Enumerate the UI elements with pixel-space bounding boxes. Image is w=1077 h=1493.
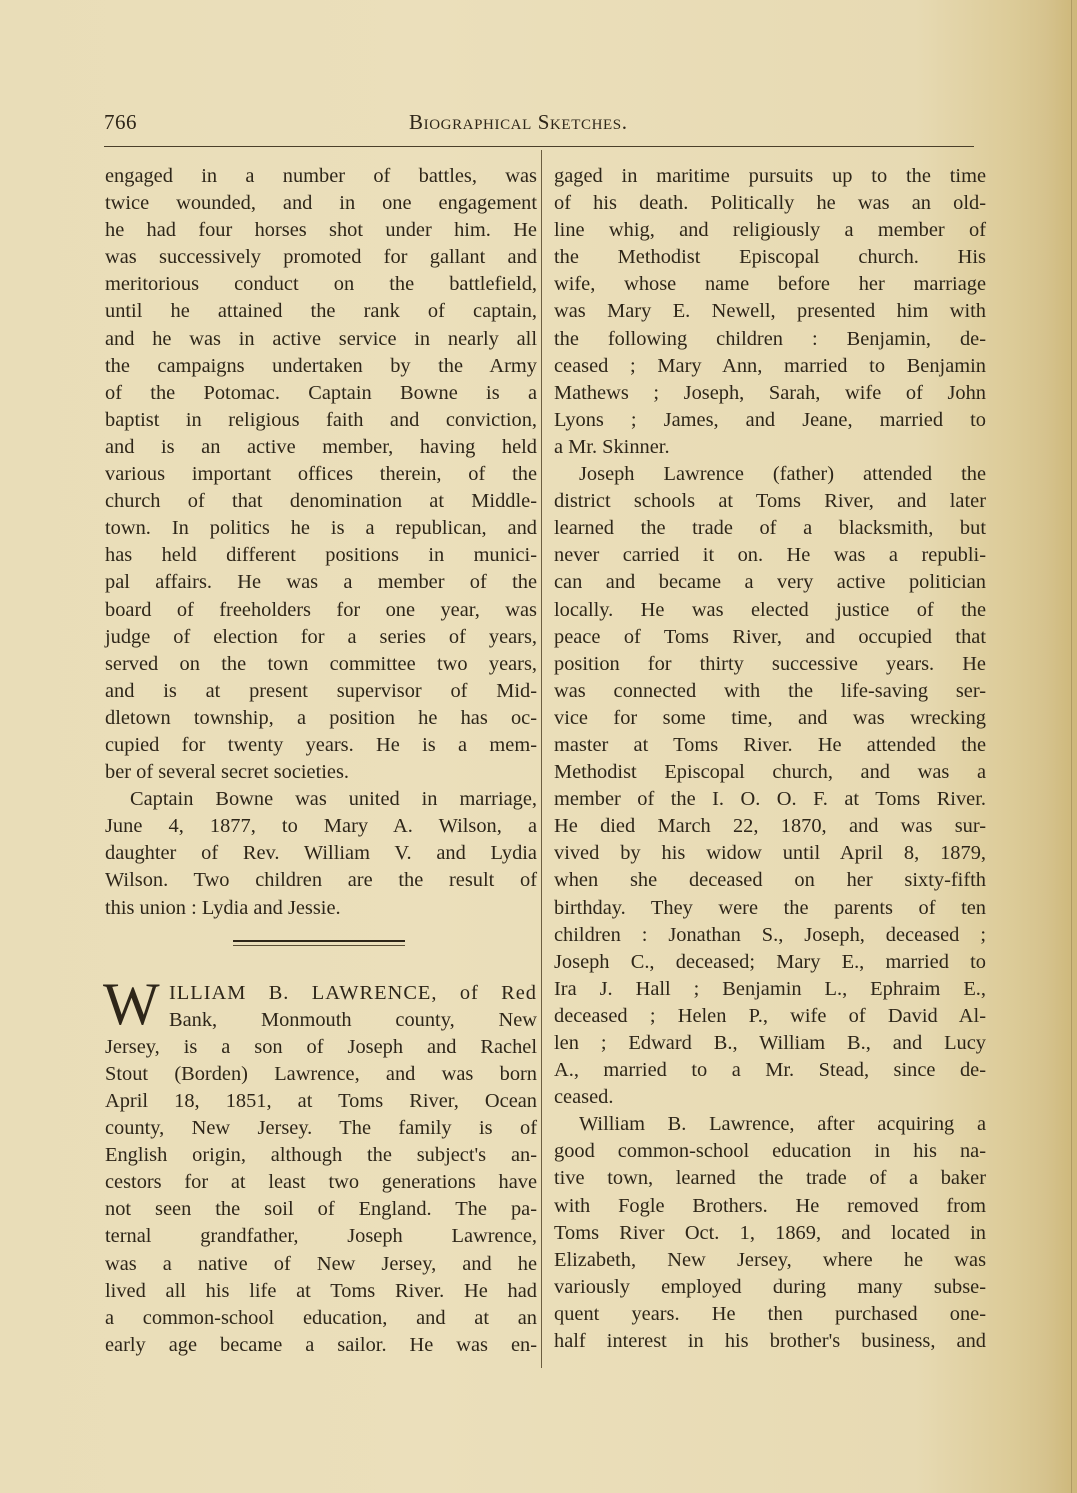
- text-line: cupied for twenty years. He is a mem-: [105, 732, 537, 759]
- entry-william-b-lawrence: W ILLIAM B. LAWRENCE, of Red Bank, Monmo…: [105, 980, 537, 1359]
- text-line: of the Potomac. Captain Bowne is a: [105, 380, 537, 407]
- text-line: when she deceased on her sixty-fifth: [554, 867, 986, 894]
- text-line: was successively promoted for gallant an…: [105, 244, 537, 271]
- text-line: Mathews ; Joseph, Sarah, wife of John: [554, 380, 986, 407]
- text-line: of his death. Politically he was an old-: [554, 190, 986, 217]
- text-line: He died March 22, 1870, and was sur-: [554, 813, 986, 840]
- left-column: engaged in a number of battles, was twic…: [105, 163, 537, 1359]
- text-line: locally. He was elected justice of the: [554, 597, 986, 624]
- text-line: Captain Bowne was united in marriage,: [105, 786, 537, 813]
- text-line: board of freeholders for one year, was: [105, 597, 537, 624]
- text-line: with Fogle Brothers. He removed from: [554, 1193, 986, 1220]
- text-line: district schools at Toms River, and late…: [554, 488, 986, 515]
- text-line: Bank, Monmouth county, New: [105, 1007, 537, 1034]
- text-line: the following children : Benjamin, de-: [554, 326, 986, 353]
- text-line: lived all his life at Toms River. He had: [105, 1278, 537, 1305]
- paragraph-william-career: William B. Lawrence, after acquiring a g…: [554, 1111, 986, 1355]
- text-line: can and became a very active politician: [554, 569, 986, 596]
- text-line: cestors for at least two generations hav…: [105, 1169, 537, 1196]
- text-line: engaged in a number of battles, was: [105, 163, 537, 190]
- text-line: position for thirty successive years. He: [554, 651, 986, 678]
- text-line: ber of several secret societies.: [105, 759, 537, 786]
- running-head: Biographical Sketches.: [409, 110, 628, 135]
- text-line: he had four horses shot under him. He: [105, 217, 537, 244]
- text-line: ceased.: [554, 1084, 986, 1111]
- text-line: children : Jonathan S., Joseph, deceased…: [554, 922, 986, 949]
- text-line: English origin, although the subject's a…: [105, 1142, 537, 1169]
- text-line: len ; Edward B., William B., and Lucy: [554, 1030, 986, 1057]
- text-line: until he attained the rank of captain,: [105, 298, 537, 325]
- text-line: various important offices therein, of th…: [105, 461, 537, 488]
- text-line: Joseph Lawrence (father) attended the: [554, 461, 986, 488]
- page-edge: [1071, 0, 1072, 1493]
- text-line: line whig, and religiously a member of: [554, 217, 986, 244]
- paragraph-bowne-career: engaged in a number of battles, was twic…: [105, 163, 537, 786]
- text-line: variously employed during many subse-: [554, 1274, 986, 1301]
- text-line: quent years. He then purchased one-: [554, 1301, 986, 1328]
- text-line: ternal grandfather, Joseph Lawrence,: [105, 1223, 537, 1250]
- book-page: 766 Biographical Sketches. engaged in a …: [0, 0, 1077, 1493]
- text-line: master at Toms River. He attended the: [554, 732, 986, 759]
- text-line: a Mr. Skinner.: [554, 434, 986, 461]
- page-number: 766: [104, 110, 137, 135]
- text-line: baptist in religious faith and convictio…: [105, 407, 537, 434]
- text-line: was Mary E. Newell, presented him with: [554, 298, 986, 325]
- text-line: peace of Toms River, and occupied that: [554, 624, 986, 651]
- section-divider: [105, 922, 537, 980]
- text-line: the Methodist Episcopal church. His: [554, 244, 986, 271]
- text-line: Jersey, is a son of Joseph and Rachel: [105, 1034, 537, 1061]
- text-line: a common-school education, and at an: [105, 1305, 537, 1332]
- text-line: early age became a sailor. He was en-: [105, 1332, 537, 1359]
- header-rule: [104, 146, 974, 147]
- divider-rule: [233, 945, 405, 946]
- text-line: and is an active member, having held: [105, 434, 537, 461]
- entry-heading-line: ILLIAM B. LAWRENCE, of Red: [105, 980, 537, 1007]
- paragraph-father: Joseph Lawrence (father) attended the di…: [554, 461, 986, 1111]
- text-line: wife, whose name before her marriage: [554, 271, 986, 298]
- text-line: gaged in maritime pursuits up to the tim…: [554, 163, 986, 190]
- text-line: dletown township, a position he has oc-: [105, 705, 537, 732]
- text-line: Elizabeth, New Jersey, where he was: [554, 1247, 986, 1274]
- text-line: was a native of New Jersey, and he: [105, 1251, 537, 1278]
- text-line: pal affairs. He was a member of the: [105, 569, 537, 596]
- text-line: birthday. They were the parents of ten: [554, 895, 986, 922]
- text-line: and he was in active service in nearly a…: [105, 326, 537, 353]
- text-line: vice for some time, and was wrecking: [554, 705, 986, 732]
- text-line: daughter of Rev. William V. and Lydia: [105, 840, 537, 867]
- text-line: June 4, 1877, to Mary A. Wilson, a: [105, 813, 537, 840]
- text-line: William B. Lawrence, after acquiring a: [554, 1111, 986, 1138]
- text-line: A., married to a Mr. Stead, since de-: [554, 1057, 986, 1084]
- text-line: Wilson. Two children are the result of: [105, 867, 537, 894]
- text-line: learned the trade of a blacksmith, but: [554, 515, 986, 542]
- text-line: Methodist Episcopal church, and was a: [554, 759, 986, 786]
- text-line: meritorious conduct on the battlefield,: [105, 271, 537, 298]
- column-divider: [541, 150, 542, 1368]
- text-line: tive town, learned the trade of a baker: [554, 1165, 986, 1192]
- text-line: Lyons ; James, and Jeane, married to: [554, 407, 986, 434]
- text-line: member of the I. O. O. F. at Toms River.: [554, 786, 986, 813]
- text-line: was connected with the life-saving ser-: [554, 678, 986, 705]
- text-line: good common-school education in his na-: [554, 1138, 986, 1165]
- text-line: church of that denomination at Middle-: [105, 488, 537, 515]
- text-line: Joseph C., deceased; Mary E., married to: [554, 949, 986, 976]
- text-line: town. In politics he is a republican, an…: [105, 515, 537, 542]
- text-line: vived by his widow until April 8, 1879,: [554, 840, 986, 867]
- text-line: ceased ; Mary Ann, married to Benjamin: [554, 353, 986, 380]
- text-line: county, New Jersey. The family is of: [105, 1115, 537, 1142]
- page-header: 766 Biographical Sketches.: [104, 110, 984, 140]
- paragraph-bowne-marriage: Captain Bowne was united in marriage, Ju…: [105, 786, 537, 921]
- text-line: twice wounded, and in one engagement: [105, 190, 537, 217]
- text-line: deceased ; Helen P., wife of David Al-: [554, 1003, 986, 1030]
- text-line: not seen the soil of England. The pa-: [105, 1196, 537, 1223]
- text-line: has held different positions in munici-: [105, 542, 537, 569]
- drop-cap: W: [103, 976, 160, 1032]
- text-line: never carried it on. He was a republi-: [554, 542, 986, 569]
- text-line: the campaigns undertaken by the Army: [105, 353, 537, 380]
- right-column: gaged in maritime pursuits up to the tim…: [554, 163, 986, 1355]
- text-line: Ira J. Hall ; Benjamin L., Ephraim E.,: [554, 976, 986, 1003]
- divider-rule: [233, 940, 405, 942]
- text-line: Toms River Oct. 1, 1869, and located in: [554, 1220, 986, 1247]
- text-line: April 18, 1851, at Toms River, Ocean: [105, 1088, 537, 1115]
- text-line: this union : Lydia and Jessie.: [105, 895, 537, 922]
- text-line: half interest in his brother's business,…: [554, 1328, 986, 1355]
- text-line: and is at present supervisor of Mid-: [105, 678, 537, 705]
- paragraph-grandfather: gaged in maritime pursuits up to the tim…: [554, 163, 986, 461]
- text-line: served on the town committee two years,: [105, 651, 537, 678]
- text-line: Stout (Borden) Lawrence, and was born: [105, 1061, 537, 1088]
- text-line: judge of election for a series of years,: [105, 624, 537, 651]
